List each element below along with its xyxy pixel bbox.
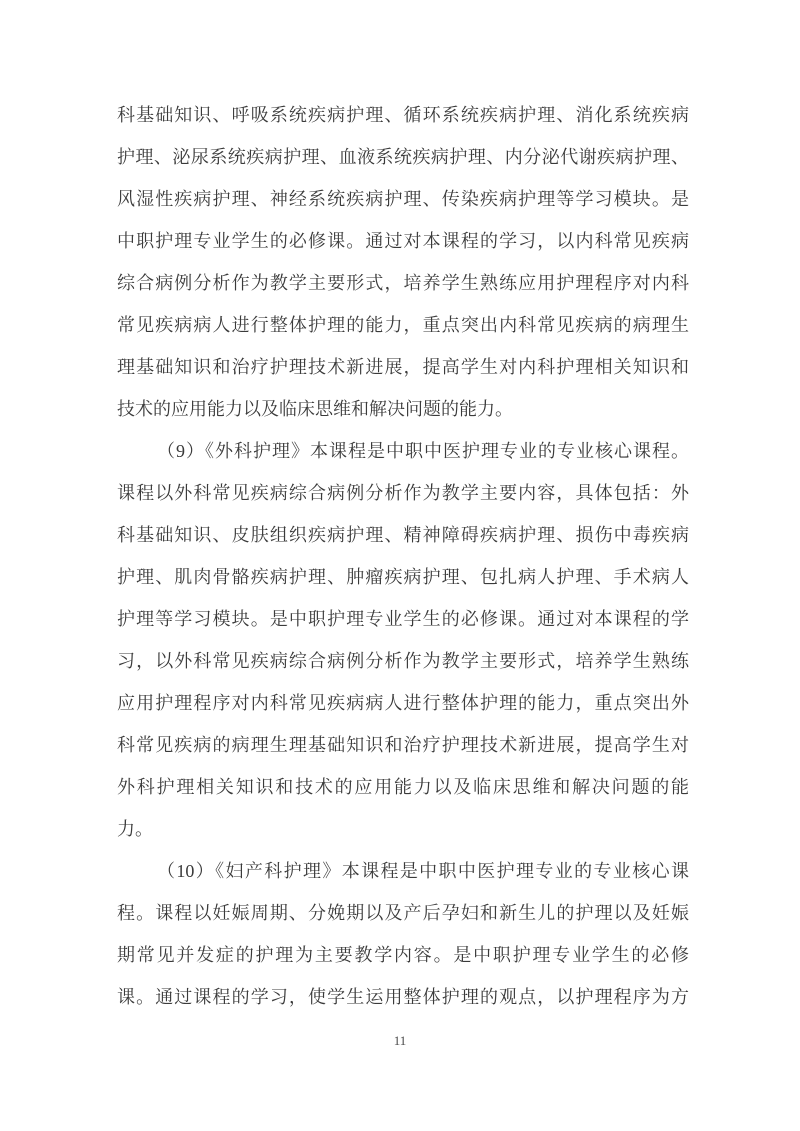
- text-line: 风湿性疾病护理、神经系统疾病护理、传染疾病护理等学习模块。是: [117, 178, 689, 220]
- paragraph-start-line: （10）《妇产科护理》本课程是中职中医护理专业的专业核心课: [117, 850, 689, 892]
- text-line: 力。: [117, 808, 689, 850]
- text-line: 外科护理相关知识和技术的应用能力以及临床思维和解决问题的能: [117, 766, 689, 808]
- text-line: 护理等学习模块。是中职护理专业学生的必修课。通过对本课程的学: [117, 598, 689, 640]
- text-line: 技术的应用能力以及临床思维和解决问题的能力。: [117, 388, 689, 430]
- text-line: 科常见疾病的病理生理基础知识和治疗护理技术新进展，提高学生对: [117, 724, 689, 766]
- text-line: 习，以外科常见疾病综合病例分析作为教学主要形式，培养学生熟练: [117, 640, 689, 682]
- text-line: 期常见并发症的护理为主要教学内容。是中职护理专业学生的必修: [117, 934, 689, 976]
- text-line: 程。课程以妊娠周期、分娩期以及产后孕妇和新生儿的护理以及妊娠: [117, 892, 689, 934]
- text-line: 综合病例分析作为教学主要形式，培养学生熟练应用护理程序对内科: [117, 262, 689, 304]
- text-line: 常见疾病病人进行整体护理的能力，重点突出内科常见疾病的病理生: [117, 304, 689, 346]
- document-page: 科基础知识、呼吸系统疾病护理、循环系统疾病护理、消化系统疾病 护理、泌尿系统疾病…: [0, 0, 800, 1131]
- body-text: 科基础知识、呼吸系统疾病护理、循环系统疾病护理、消化系统疾病 护理、泌尿系统疾病…: [117, 94, 689, 1018]
- text-line: 科基础知识、皮肤组织疾病护理、精神障碍疾病护理、损伤中毒疾病: [117, 514, 689, 556]
- text-line: 护理、泌尿系统疾病护理、血液系统疾病护理、内分泌代谢疾病护理、: [117, 136, 689, 178]
- page-number: 11: [0, 1031, 800, 1051]
- paragraph-start-line: （9）《外科护理》本课程是中职中医护理专业的专业核心课程。: [117, 430, 689, 472]
- text-line: 课。通过课程的学习，使学生运用整体护理的观点，以护理程序为方: [117, 976, 689, 1018]
- text-line: 应用护理程序对内科常见疾病病人进行整体护理的能力，重点突出外: [117, 682, 689, 724]
- text-line: 中职护理专业学生的必修课。通过对本课程的学习，以内科常见疾病: [117, 220, 689, 262]
- text-line: 课程以外科常见疾病综合病例分析作为教学主要内容，具体包括：外: [117, 472, 689, 514]
- text-line: 理基础知识和治疗护理技术新进展，提高学生对内科护理相关知识和: [117, 346, 689, 388]
- text-line: 科基础知识、呼吸系统疾病护理、循环系统疾病护理、消化系统疾病: [117, 94, 689, 136]
- text-line: 护理、肌肉骨骼疾病护理、肿瘤疾病护理、包扎病人护理、手术病人: [117, 556, 689, 598]
